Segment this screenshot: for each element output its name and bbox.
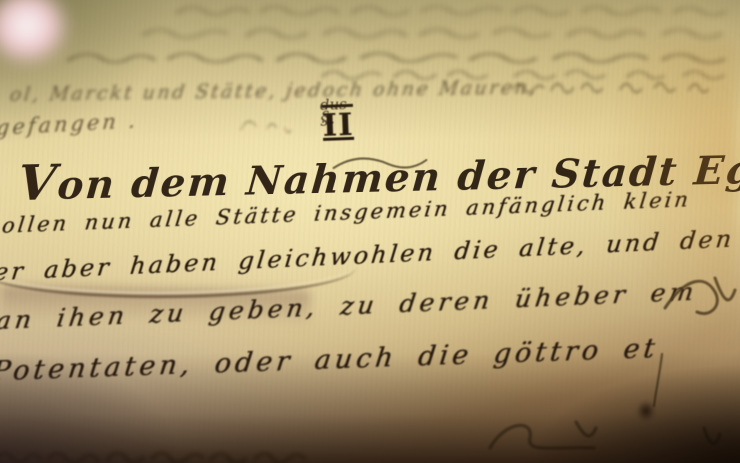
bottom-left-dark-corner <box>0 303 260 463</box>
bottom-right-dark-corner <box>440 323 740 463</box>
manuscript-photo: ol, Marckt und Stätte, jedoch ohne Maure… <box>0 0 740 463</box>
light-reflection <box>0 0 72 68</box>
